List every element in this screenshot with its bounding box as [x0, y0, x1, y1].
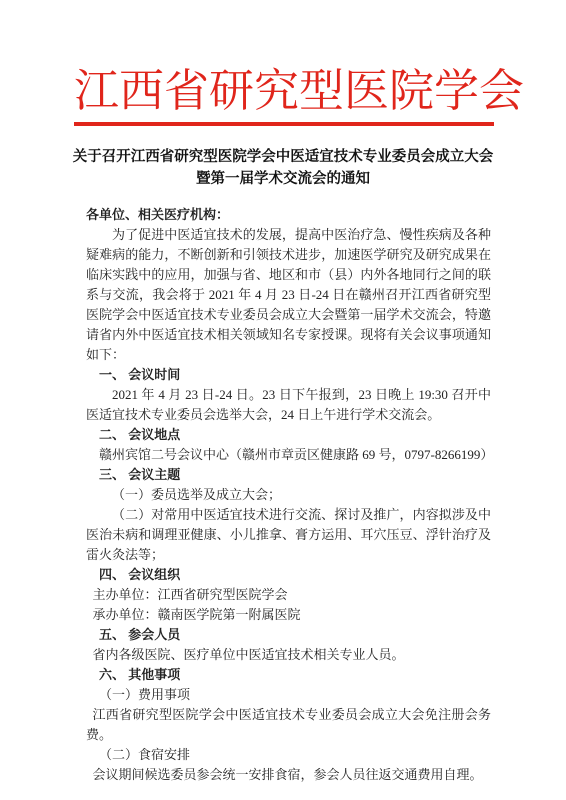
- document-title-line2: 暨第一届学术交流会的通知: [60, 168, 506, 190]
- letterhead-divider: [74, 122, 494, 126]
- section-4-item-2: 承办单位：赣南医学院第一附属医院: [86, 605, 491, 625]
- section-5-heading: 五、 参会人员: [86, 625, 491, 645]
- salutation: 各单位、相关医疗机构：: [86, 205, 491, 225]
- document-page: 江西省研究型医院学会 关于召开江西省研究型医院学会中医适宜技术专业委员会成立大会…: [0, 0, 566, 800]
- letterhead-org-name: 江西省研究型医院学会: [74, 62, 494, 120]
- section-1-heading: 一、 会议时间: [86, 365, 491, 385]
- document-body: 各单位、相关医疗机构： 为了促进中医适宜技术的发展，提高中医治疗急、慢性疾病及各…: [0, 205, 566, 785]
- intro-paragraph: 为了促进中医适宜技术的发展，提高中医治疗急、慢性疾病及各种疑难病的能力，不断创新…: [86, 225, 491, 365]
- section-3-item-1: （一）委员选举及成立大会；: [86, 485, 491, 505]
- document-title-line1: 关于召开江西省研究型医院学会中医适宜技术专业委员会成立大会: [60, 146, 506, 168]
- section-6-heading: 六、 其他事项: [86, 665, 491, 685]
- section-6-item-4: 会议期间候选委员参会统一安排食宿，参会人员往返交通费用自理。: [86, 765, 491, 785]
- section-6-item-1: （一）费用事项: [86, 685, 491, 705]
- section-3-heading: 三、 会议主题: [86, 465, 491, 485]
- section-2-heading: 二、 会议地点: [86, 425, 491, 445]
- section-1-item: 2021 年 4 月 23 日-24 日。23 日下午报到，23 日晚上 19:…: [86, 385, 491, 425]
- section-6-item-2: 江西省研究型医院学会中医适宜技术专业委员会成立大会免注册会务费。: [86, 705, 491, 745]
- section-2-item: 赣州宾馆二号会议中心（赣州市章贡区健康路 69 号，0797-8266199）: [86, 445, 491, 465]
- letterhead: 江西省研究型医院学会: [74, 62, 494, 126]
- section-4-heading: 四、 会议组织: [86, 565, 491, 585]
- section-3-item-2: （二）对常用中医适宜技术进行交流、探讨及推广，内容拟涉及中医治未病和调理亚健康、…: [86, 505, 491, 565]
- section-6-item-3: （二）食宿安排: [86, 745, 491, 765]
- section-4-item-1: 主办单位：江西省研究型医院学会: [86, 585, 491, 605]
- document-title: 关于召开江西省研究型医院学会中医适宜技术专业委员会成立大会 暨第一届学术交流会的…: [60, 146, 506, 190]
- section-5-item: 省内各级医院、医疗单位中医适宜技术相关专业人员。: [86, 645, 491, 665]
